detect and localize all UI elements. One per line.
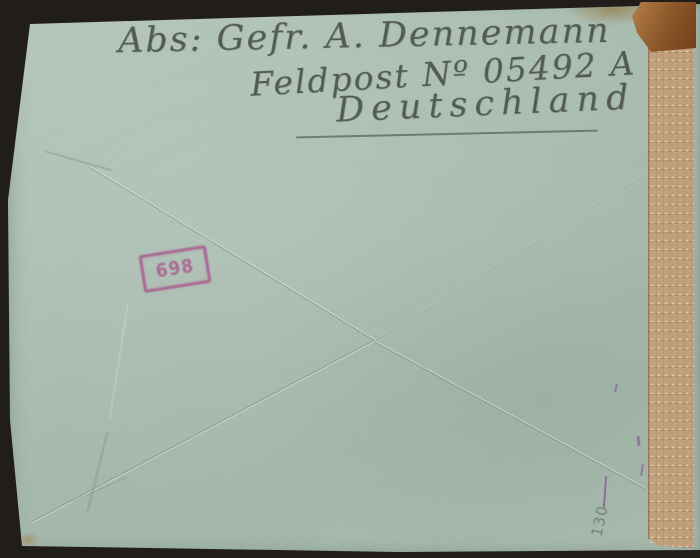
censor-tape [648,2,694,548]
censor-stamp-number: 698 [154,255,195,282]
stain-bottom-left-corner [10,526,49,551]
photo-background: Abs: Gefr. A. Dennemann Feldpost Nº 0549… [0,0,700,558]
envelope-back: Abs: Gefr. A. Dennemann Feldpost Nº 0549… [0,0,700,558]
